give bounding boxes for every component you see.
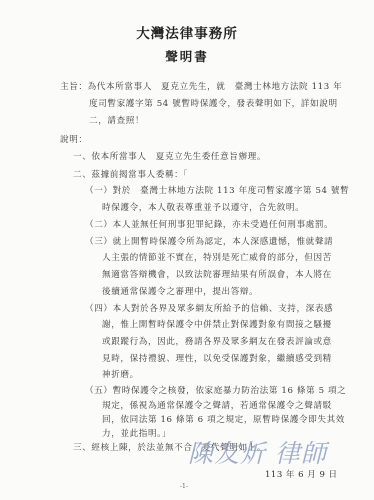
body-line: （五）暫時保護令之核發，依家庭暴力防治法第 16 條第 5 項之: [85, 386, 346, 397]
body-line: （四）本人對於各界及眾多網友所給予的信賴、支持，深表感: [85, 304, 333, 315]
body-line: 人主張的情節並不實在，特別是死亡威脅的部分，但因苦: [102, 253, 332, 264]
body-line: 一、依本所當事人 夏克立先生委任意旨辦理。: [73, 152, 266, 163]
body-line: 度司暫家護字第 54 號暫時保護令，發表聲明如下，詳如說明: [89, 99, 338, 110]
body-line: 規定，係視為通常保護令之聲請，若通常保護令之聲請駁: [102, 401, 332, 412]
body-line: 力，並此指明。」: [102, 429, 171, 440]
body-line: 二，請查照！: [89, 116, 144, 127]
body-line: 見時，保持禮貌、理性，以免受保護對象，繼續感受到精: [102, 354, 332, 365]
body-line: 時保護令，本人敬表尊重並予以遵守，合先敘明。: [102, 203, 304, 214]
page-number: -1-: [180, 483, 188, 490]
body-line: 或跟蹤行為，因此，務請各界及眾多網友在發表評論或意: [102, 337, 332, 348]
body-line: 二、茲據前揭當事人委稱：「: [73, 170, 188, 181]
lawyer-signature: 陳友炘 律師: [188, 434, 327, 470]
body-line: 說明：: [60, 135, 88, 146]
statement-document: 大灣法律事務所 聲明書 主旨：為代本所當事人 夏克立先生，就 臺灣士林地方法院 …: [0, 0, 374, 500]
law-firm-name: 大灣法律事務所: [0, 22, 374, 42]
body-line: 後續通常保護令之審理中，提出答辯。: [102, 287, 258, 298]
body-line: （一）對於 臺灣士林地方法院 113 年度司暫家護字第 54 號暫: [85, 186, 349, 197]
body-line: 神折磨。: [102, 370, 139, 381]
body-line: 主旨：為代本所當事人 夏克立先生，就 臺灣士林地方法院 113 年: [60, 82, 342, 93]
body-line: 謝，惟上開暫時保護令中併禁止對保護對象有間接之騷擾: [102, 320, 332, 331]
document-title: 聲明書: [0, 47, 374, 65]
body-line: （三）就上開暫時保護令所為認定，本人深感遺憾，惟就聲請: [85, 237, 333, 248]
body-line: 無適當答辯機會，以致法院審理結果有所誤會，本人將在: [102, 270, 332, 281]
body-line: 回，依同法第 16 條第 6 項之規定，原暫時保護令即失其效: [102, 415, 345, 426]
body-line: （二）本人並無任何刑事犯罪紀錄，亦未受過任何刑事處罰。: [85, 220, 333, 231]
document-date: 113 年 6 月 9 日: [265, 468, 338, 480]
